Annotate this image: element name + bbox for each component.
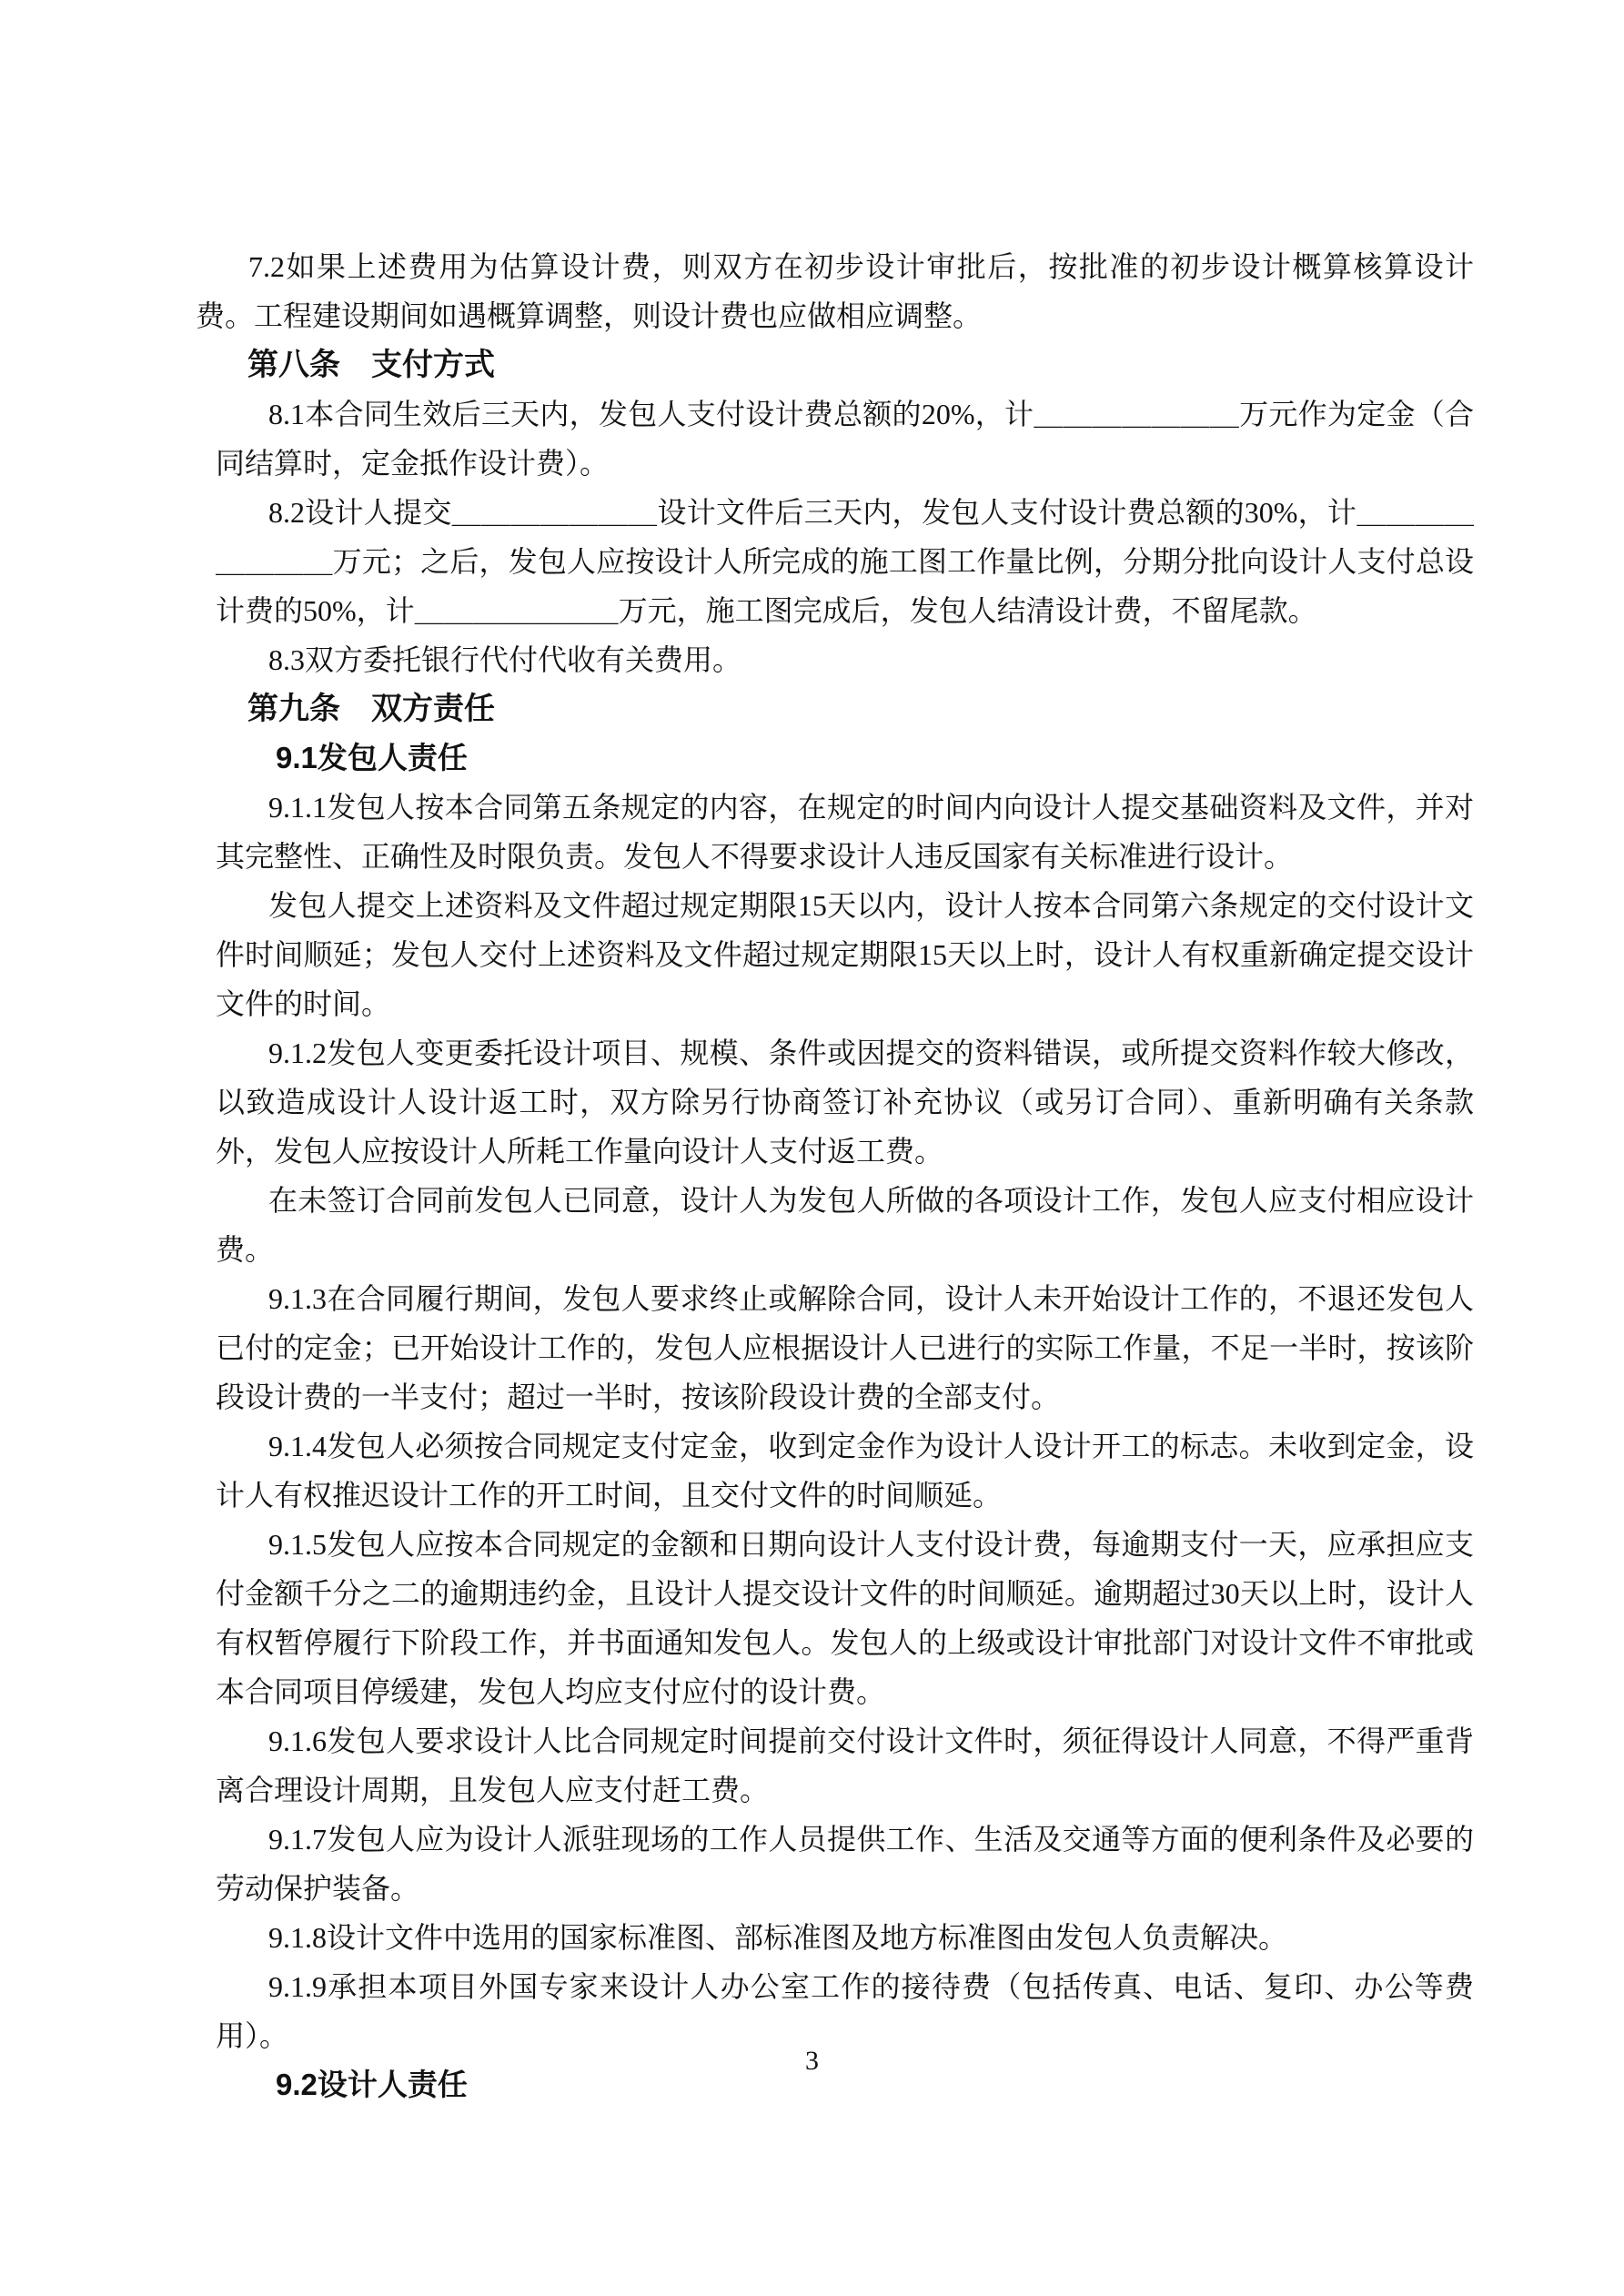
clause-9-1-5: 9.1.5发包人应按本合同规定的金额和日期向设计人支付设计费，每逾期支付一天，应… — [216, 1520, 1474, 1716]
clause-9-1-1: 9.1.1发包人按本合同第五条规定的内容，在规定的时间内向设计人提交基础资料及文… — [216, 783, 1474, 881]
page-number: 3 — [0, 2046, 1624, 2077]
clause-7-2: 7.2如果上述费用为估算设计费，则双方在初步设计审批后，按批准的初步设计概算核算… — [196, 242, 1474, 340]
clause-9-1-2-cont: 在未签订合同前发包人已同意，设计人为发包人所做的各项设计工作，发包人应支付相应设… — [216, 1176, 1474, 1274]
clause-8-1: 8.1本合同生效后三天内，发包人支付设计费总额的20%，计＿＿＿＿＿＿＿万元作为… — [216, 389, 1474, 488]
chapter-8-heading: 第八条 支付方式 — [216, 340, 1474, 389]
chapter-9-heading: 第九条 双方责任 — [216, 684, 1474, 733]
clause-8-2: 8.2设计人提交＿＿＿＿＿＿＿设计文件后三天内，发包人支付设计费总额的30%，计… — [216, 488, 1474, 635]
contract-body: 7.2如果上述费用为估算设计费，则双方在初步设计审批后，按批准的初步设计概算核算… — [216, 242, 1474, 2109]
clause-9-1-8: 9.1.8设计文件中选用的国家标准图、部标准图及地方标准图由发包人负责解决。 — [216, 1913, 1474, 1962]
clause-9-1-1-cont: 发包人提交上述资料及文件超过规定期限15天以内，设计人按本合同第六条规定的交付设… — [216, 881, 1474, 1028]
clause-9-1-7: 9.1.7发包人应为设计人派驻现场的工作人员提供工作、生活及交通等方面的便利条件… — [216, 1815, 1474, 1913]
clause-8-3: 8.3双方委托银行代付代收有关费用。 — [216, 635, 1474, 684]
contract-page: 7.2如果上述费用为估算设计费，则双方在初步设计审批后，按批准的初步设计概算核算… — [0, 0, 1624, 2296]
section-9-1-heading: 9.1发包人责任 — [216, 733, 1474, 783]
clause-9-1-2: 9.1.2发包人变更委托设计项目、规模、条件或因提交的资料错误，或所提交资料作较… — [216, 1028, 1474, 1176]
clause-9-1-3: 9.1.3在合同履行期间，发包人要求终止或解除合同，设计人未开始设计工作的，不退… — [216, 1274, 1474, 1421]
clause-9-1-6: 9.1.6发包人要求设计人比合同规定时间提前交付设计文件时，须征得设计人同意，不… — [216, 1716, 1474, 1815]
clause-9-1-4: 9.1.4发包人必须按合同规定支付定金，收到定金作为设计人设计开工的标志。未收到… — [216, 1421, 1474, 1520]
